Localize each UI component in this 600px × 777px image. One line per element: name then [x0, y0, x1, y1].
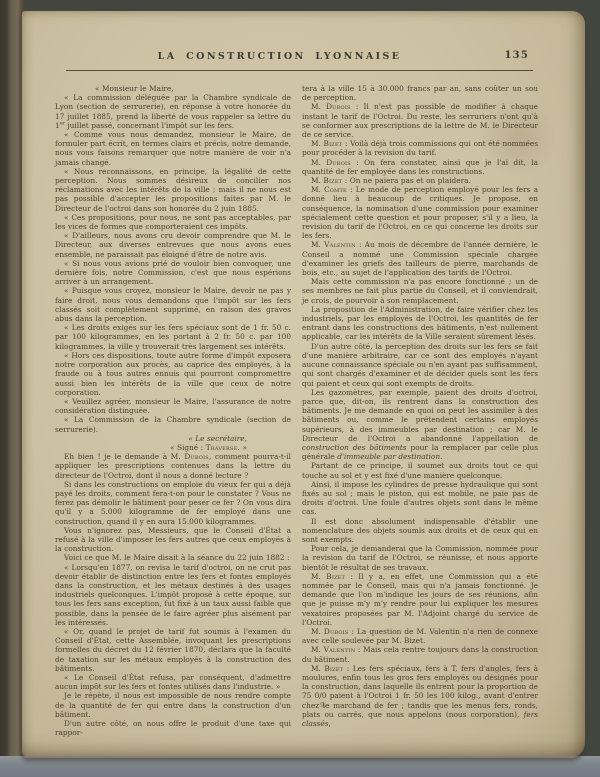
paragraph: « La Commission de la Chambre syndicale …	[55, 415, 291, 433]
book-spine	[0, 0, 24, 757]
paragraph: Si dans les constructions on emploie du …	[55, 480, 291, 526]
paragraph: M. Valentin : Mais cela rentre toujours …	[302, 645, 538, 663]
printer-signature-mark: 9.	[320, 701, 326, 709]
paragraph: M. Bizet : Il y a, en effet, une Commiss…	[302, 572, 538, 627]
paragraph: Les gazomètres, par exemple, paient des …	[302, 388, 538, 462]
paragraph: Voici ce que M. le Maire disait à la séa…	[55, 553, 291, 562]
paragraph: « Signé : Traverse. »	[55, 443, 291, 452]
paragraph: Partant de ce principe, il soumet aux dr…	[302, 461, 538, 479]
paragraph: M. Comte : Le mode de perception employé…	[302, 185, 538, 240]
paragraph: M. Bizet : On ne paiera pas et on plaide…	[302, 176, 538, 185]
paragraph: Il est donc absolument indispensable d'é…	[302, 517, 538, 545]
page-number: 135	[505, 50, 529, 61]
paragraph: « Si nous vous avions prié de vouloir bi…	[55, 259, 291, 287]
paragraph: Pour cela, je demanderai que la Commissi…	[302, 544, 538, 572]
paragraph: M. Bizet : Les fers spéciaux, fers à T, …	[302, 664, 538, 728]
table-surface	[0, 756, 600, 777]
paragraph: M. Bizet : Voilà déjà trois commissions …	[302, 139, 538, 157]
paragraph: M. Dubois : La question de M. Valentin n…	[302, 627, 538, 645]
paragraph: Eh bien ! je le demande à M. Dubois, com…	[55, 452, 291, 480]
paragraph: « Monsieur le Maire,	[55, 84, 291, 93]
paragraph: « La commission déléguée par la Chambre …	[55, 93, 291, 130]
paragraph: Mais cette commission n'a pas encore fon…	[302, 277, 538, 305]
paragraph: « D'ailleurs, nous avons cru devoir comp…	[55, 231, 291, 259]
paragraph: « Veuillez agréer, monsieur le Maire, l'…	[55, 397, 291, 415]
text-body: « Monsieur le Maire,« La commission délé…	[55, 84, 539, 737]
paragraph: M. Dubois : On fera constater, ainsi que…	[302, 158, 538, 176]
paragraph: « Le secrétaire,	[55, 434, 291, 443]
paragraph: Je le répète, il nous est impossible de …	[55, 691, 291, 719]
paragraph: « Les droits exigés sur les fers spéciau…	[55, 323, 291, 351]
text-column-right: tera à la ville 15 à 30.000 francs par a…	[302, 84, 538, 737]
paragraph: D'un autre côté, on nous offre le produi…	[55, 719, 291, 737]
paragraph: « Puisque vous croyez, monsieur le Maire…	[55, 286, 291, 323]
paragraph: « Comme vous nous demandez, monsieur le …	[55, 130, 291, 167]
paragraph: D'un autre côté, la perception des droit…	[302, 342, 538, 388]
page-header: LA CONSTRUCTION LYONNAISE	[66, 51, 533, 62]
paragraph: « Hors ces dispositions, toute autre for…	[55, 351, 291, 397]
paragraph: M. Valentin : Au mois de décembre de l'a…	[302, 240, 538, 277]
scanned-page: LA CONSTRUCTION LYONNAISE 135 « Monsieur…	[22, 11, 585, 756]
text-column-left: « Monsieur le Maire,« La commission délé…	[55, 84, 291, 737]
paragraph: La proposition de l'Administration, de f…	[302, 305, 538, 342]
paragraph: « Ces propositions, pour nous, ne sont p…	[55, 213, 291, 231]
paragraph: M. Dubois : Il n'est pas possible de mod…	[302, 102, 538, 139]
paragraph: « Nous reconnaissons, en principe, la lé…	[55, 167, 291, 213]
journal-title: LA CONSTRUCTION LYONNAISE	[66, 51, 493, 62]
paragraph: « Or, quand le projet de tarif fut soumi…	[55, 627, 291, 673]
paragraph: « Lorsqu'en 1877, on revisa le tarif d'o…	[55, 563, 291, 627]
paragraph: Ainsi, il impose les cylindres de presse…	[302, 480, 538, 517]
paragraph: tera à la ville 15 à 30.000 francs par a…	[302, 84, 538, 102]
header-rule	[66, 70, 533, 71]
paragraph: Vous n'ignorez pas, Messieurs, que le Co…	[55, 526, 291, 554]
paragraph: « Le Conseil d'État refusa, par conséque…	[55, 673, 291, 691]
